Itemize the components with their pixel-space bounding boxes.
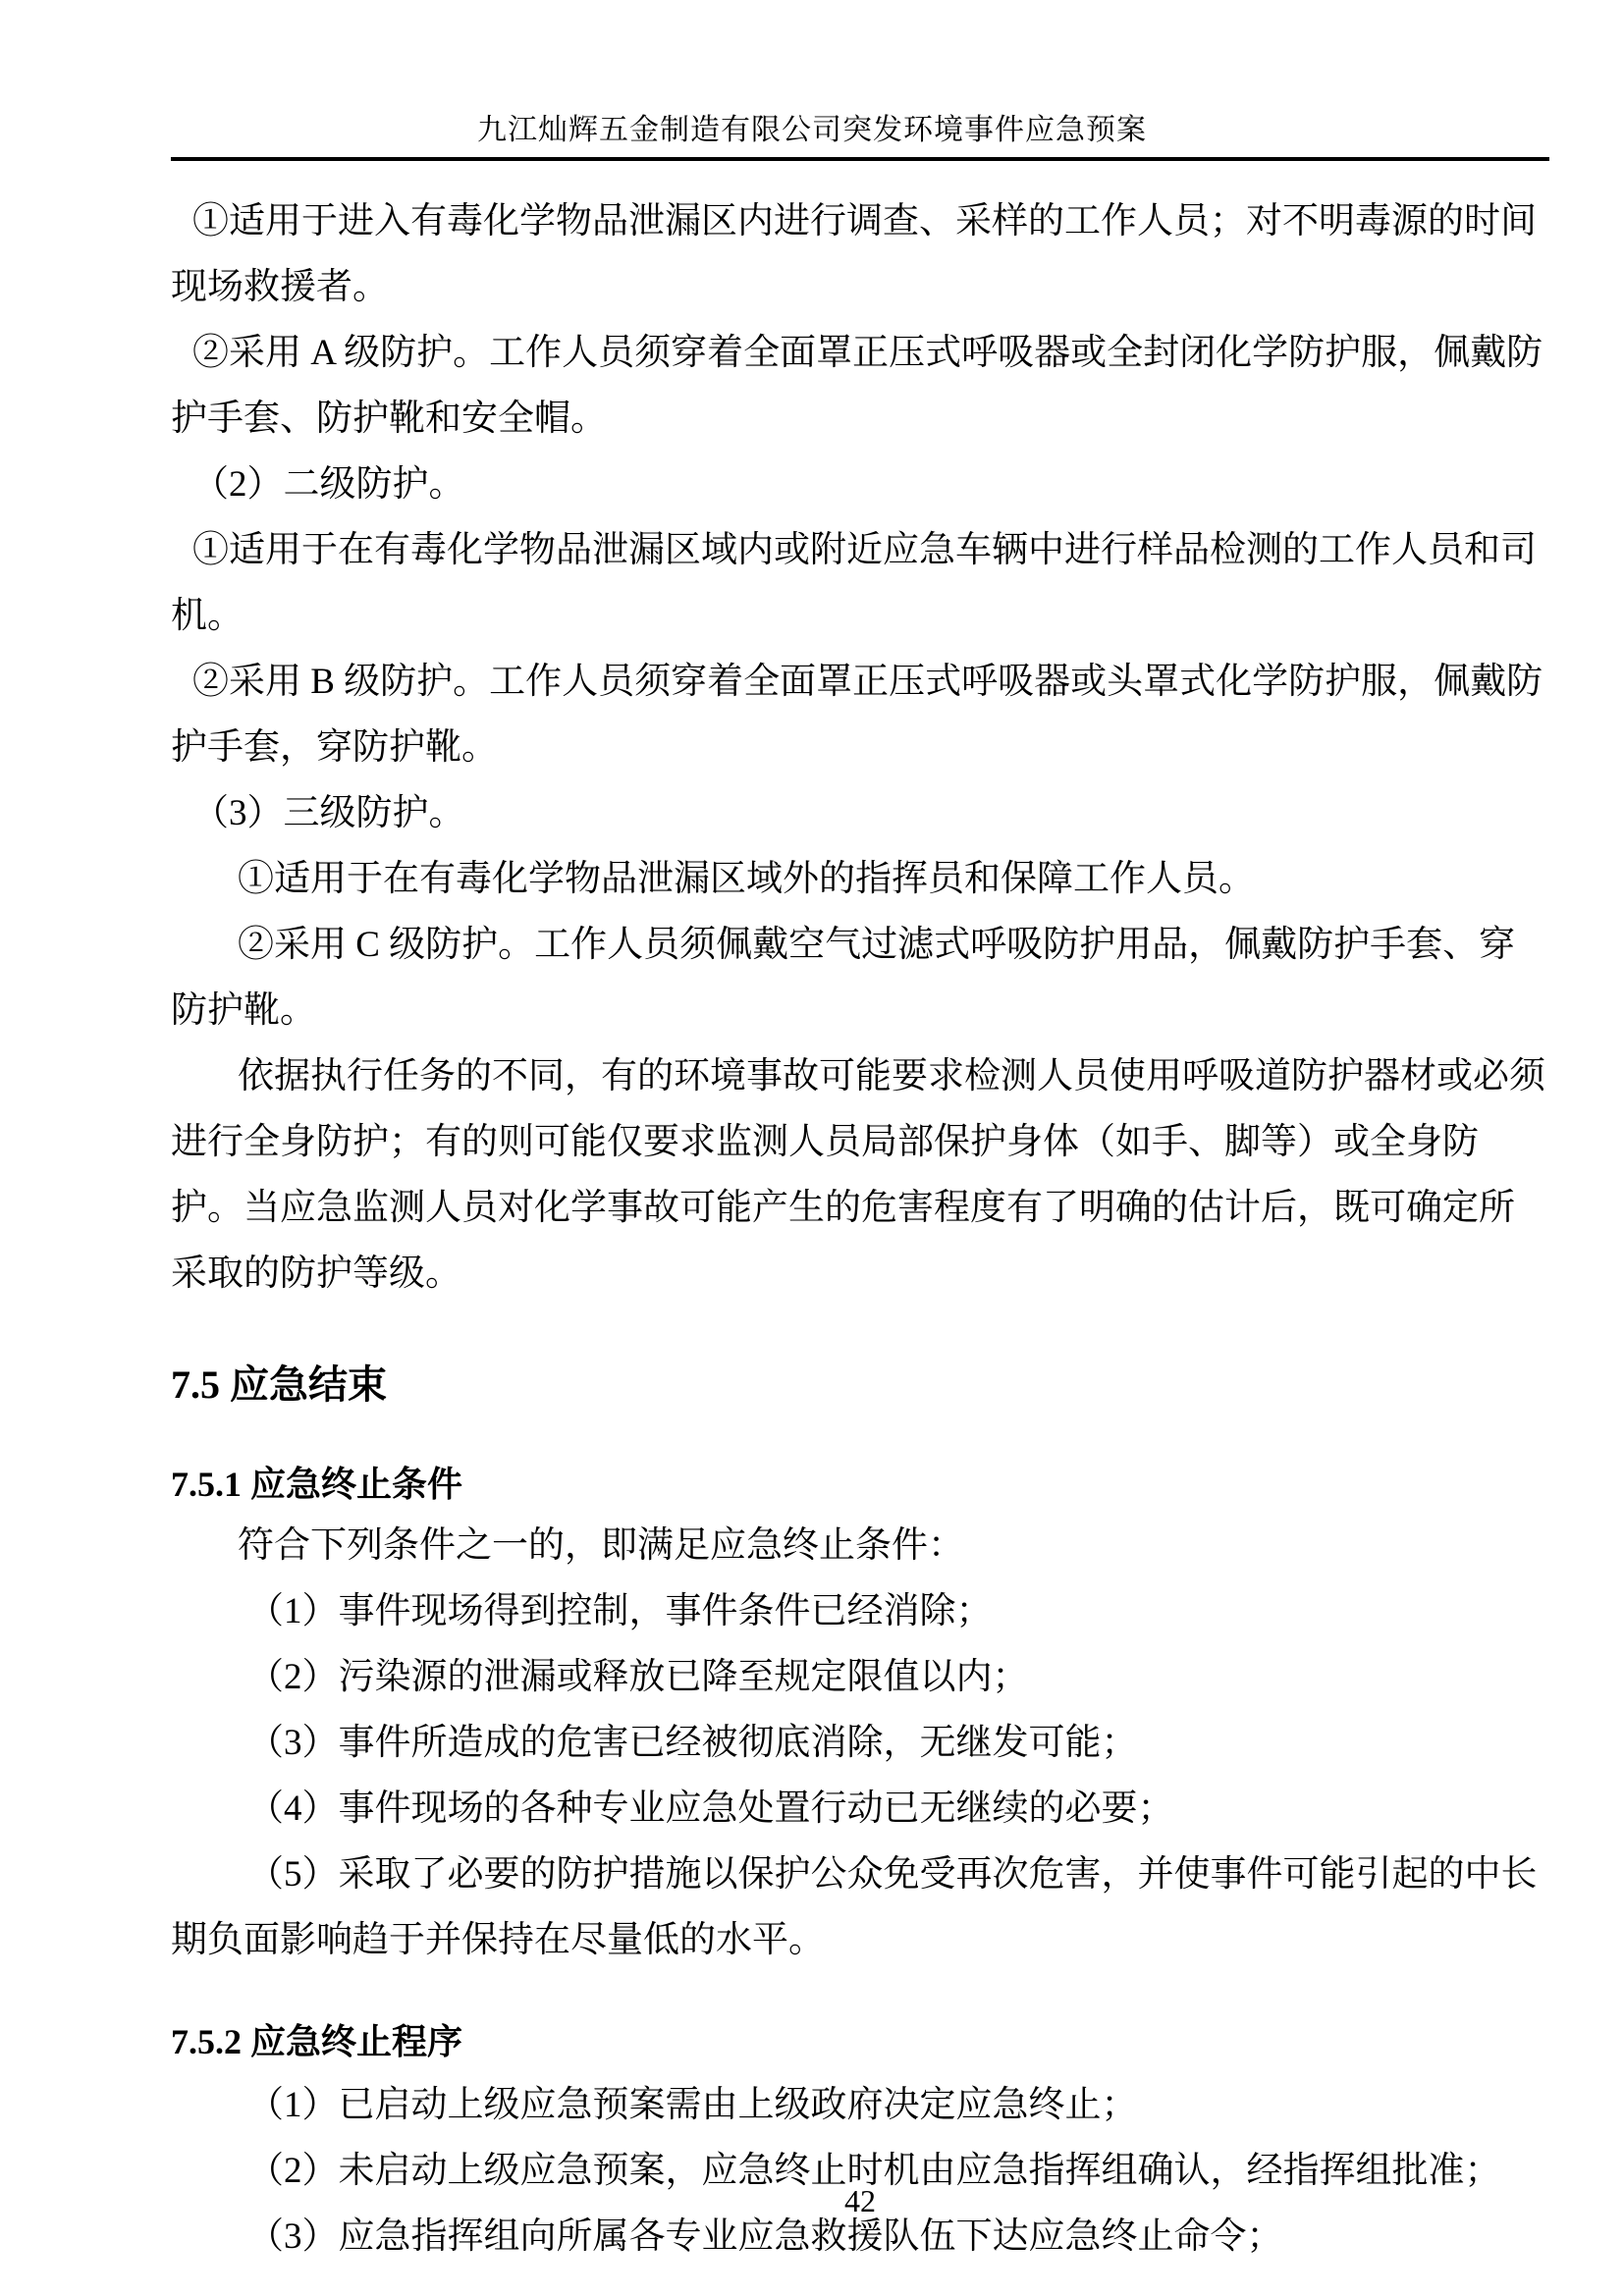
subsection-heading-7-5-2: 7.5.2 应急终止程序 bbox=[171, 2019, 1549, 2064]
paragraph: ①适用于在有毒化学物品泄漏区域外的指挥员和保障工作人员。 bbox=[171, 846, 1549, 912]
document-page: 九江灿辉五金制造有限公司突发环境事件应急预案 ①适用于进入有毒化学物品泄漏区内进… bbox=[0, 0, 1624, 2296]
list-item: （1）事件现场得到控制，事件条件已经消除； bbox=[171, 1578, 1549, 1644]
paragraph: （3）三级防护。 bbox=[171, 780, 1549, 846]
paragraph: ①适用于进入有毒化学物品泄漏区内进行调查、采样的工作人员；对不明毒源的时间现场救… bbox=[171, 188, 1549, 320]
list-item: （5）采取了必要的防护措施以保护公众免受再次危害，并使事件可能引起的中长期负面影… bbox=[171, 1842, 1549, 1973]
document-header-title: 九江灿辉五金制造有限公司突发环境事件应急预案 bbox=[0, 0, 1624, 149]
paragraph: ①适用于在有毒化学物品泄漏区域内或附近应急车辆中进行样品检测的工作人员和司机。 bbox=[171, 517, 1549, 649]
list-item: （4）事件现场的各种专业应急处置行动已无继续的必要； bbox=[171, 1776, 1549, 1842]
page-number: 42 bbox=[171, 2181, 1549, 2220]
list-item: （3）事件所造成的危害已经被彻底消除，无继发可能； bbox=[171, 1710, 1549, 1776]
paragraph: ②采用 B 级防护。工作人员须穿着全面罩正压式呼吸器或头罩式化学防护服，佩戴防护… bbox=[171, 649, 1549, 780]
subsection-heading-7-5-1: 7.5.1 应急终止条件 bbox=[171, 1462, 1549, 1507]
paragraph: （2）二级防护。 bbox=[171, 452, 1549, 517]
paragraph: 依据执行任务的不同，有的环境事故可能要求检测人员使用呼吸道防护器材或必须进行全身… bbox=[171, 1043, 1549, 1307]
list-item: （1）已启动上级应急预案需由上级政府决定应急终止； bbox=[171, 2072, 1549, 2138]
document-content: ①适用于进入有毒化学物品泄漏区内进行调查、采样的工作人员；对不明毒源的时间现场救… bbox=[171, 161, 1549, 2269]
section-heading-7-5: 7.5 应急结束 bbox=[171, 1361, 1549, 1410]
paragraph: 符合下列条件之一的，即满足应急终止条件： bbox=[171, 1513, 1549, 1578]
paragraph: ②采用 C 级防护。工作人员须佩戴空气过滤式呼吸防护用品，佩戴防护手套、穿防护靴… bbox=[171, 912, 1549, 1043]
paragraph: ②采用 A 级防护。工作人员须穿着全面罩正压式呼吸器或全封闭化学防护服，佩戴防护… bbox=[171, 320, 1549, 452]
list-item: （2）污染源的泄漏或释放已降至规定限值以内； bbox=[171, 1644, 1549, 1710]
